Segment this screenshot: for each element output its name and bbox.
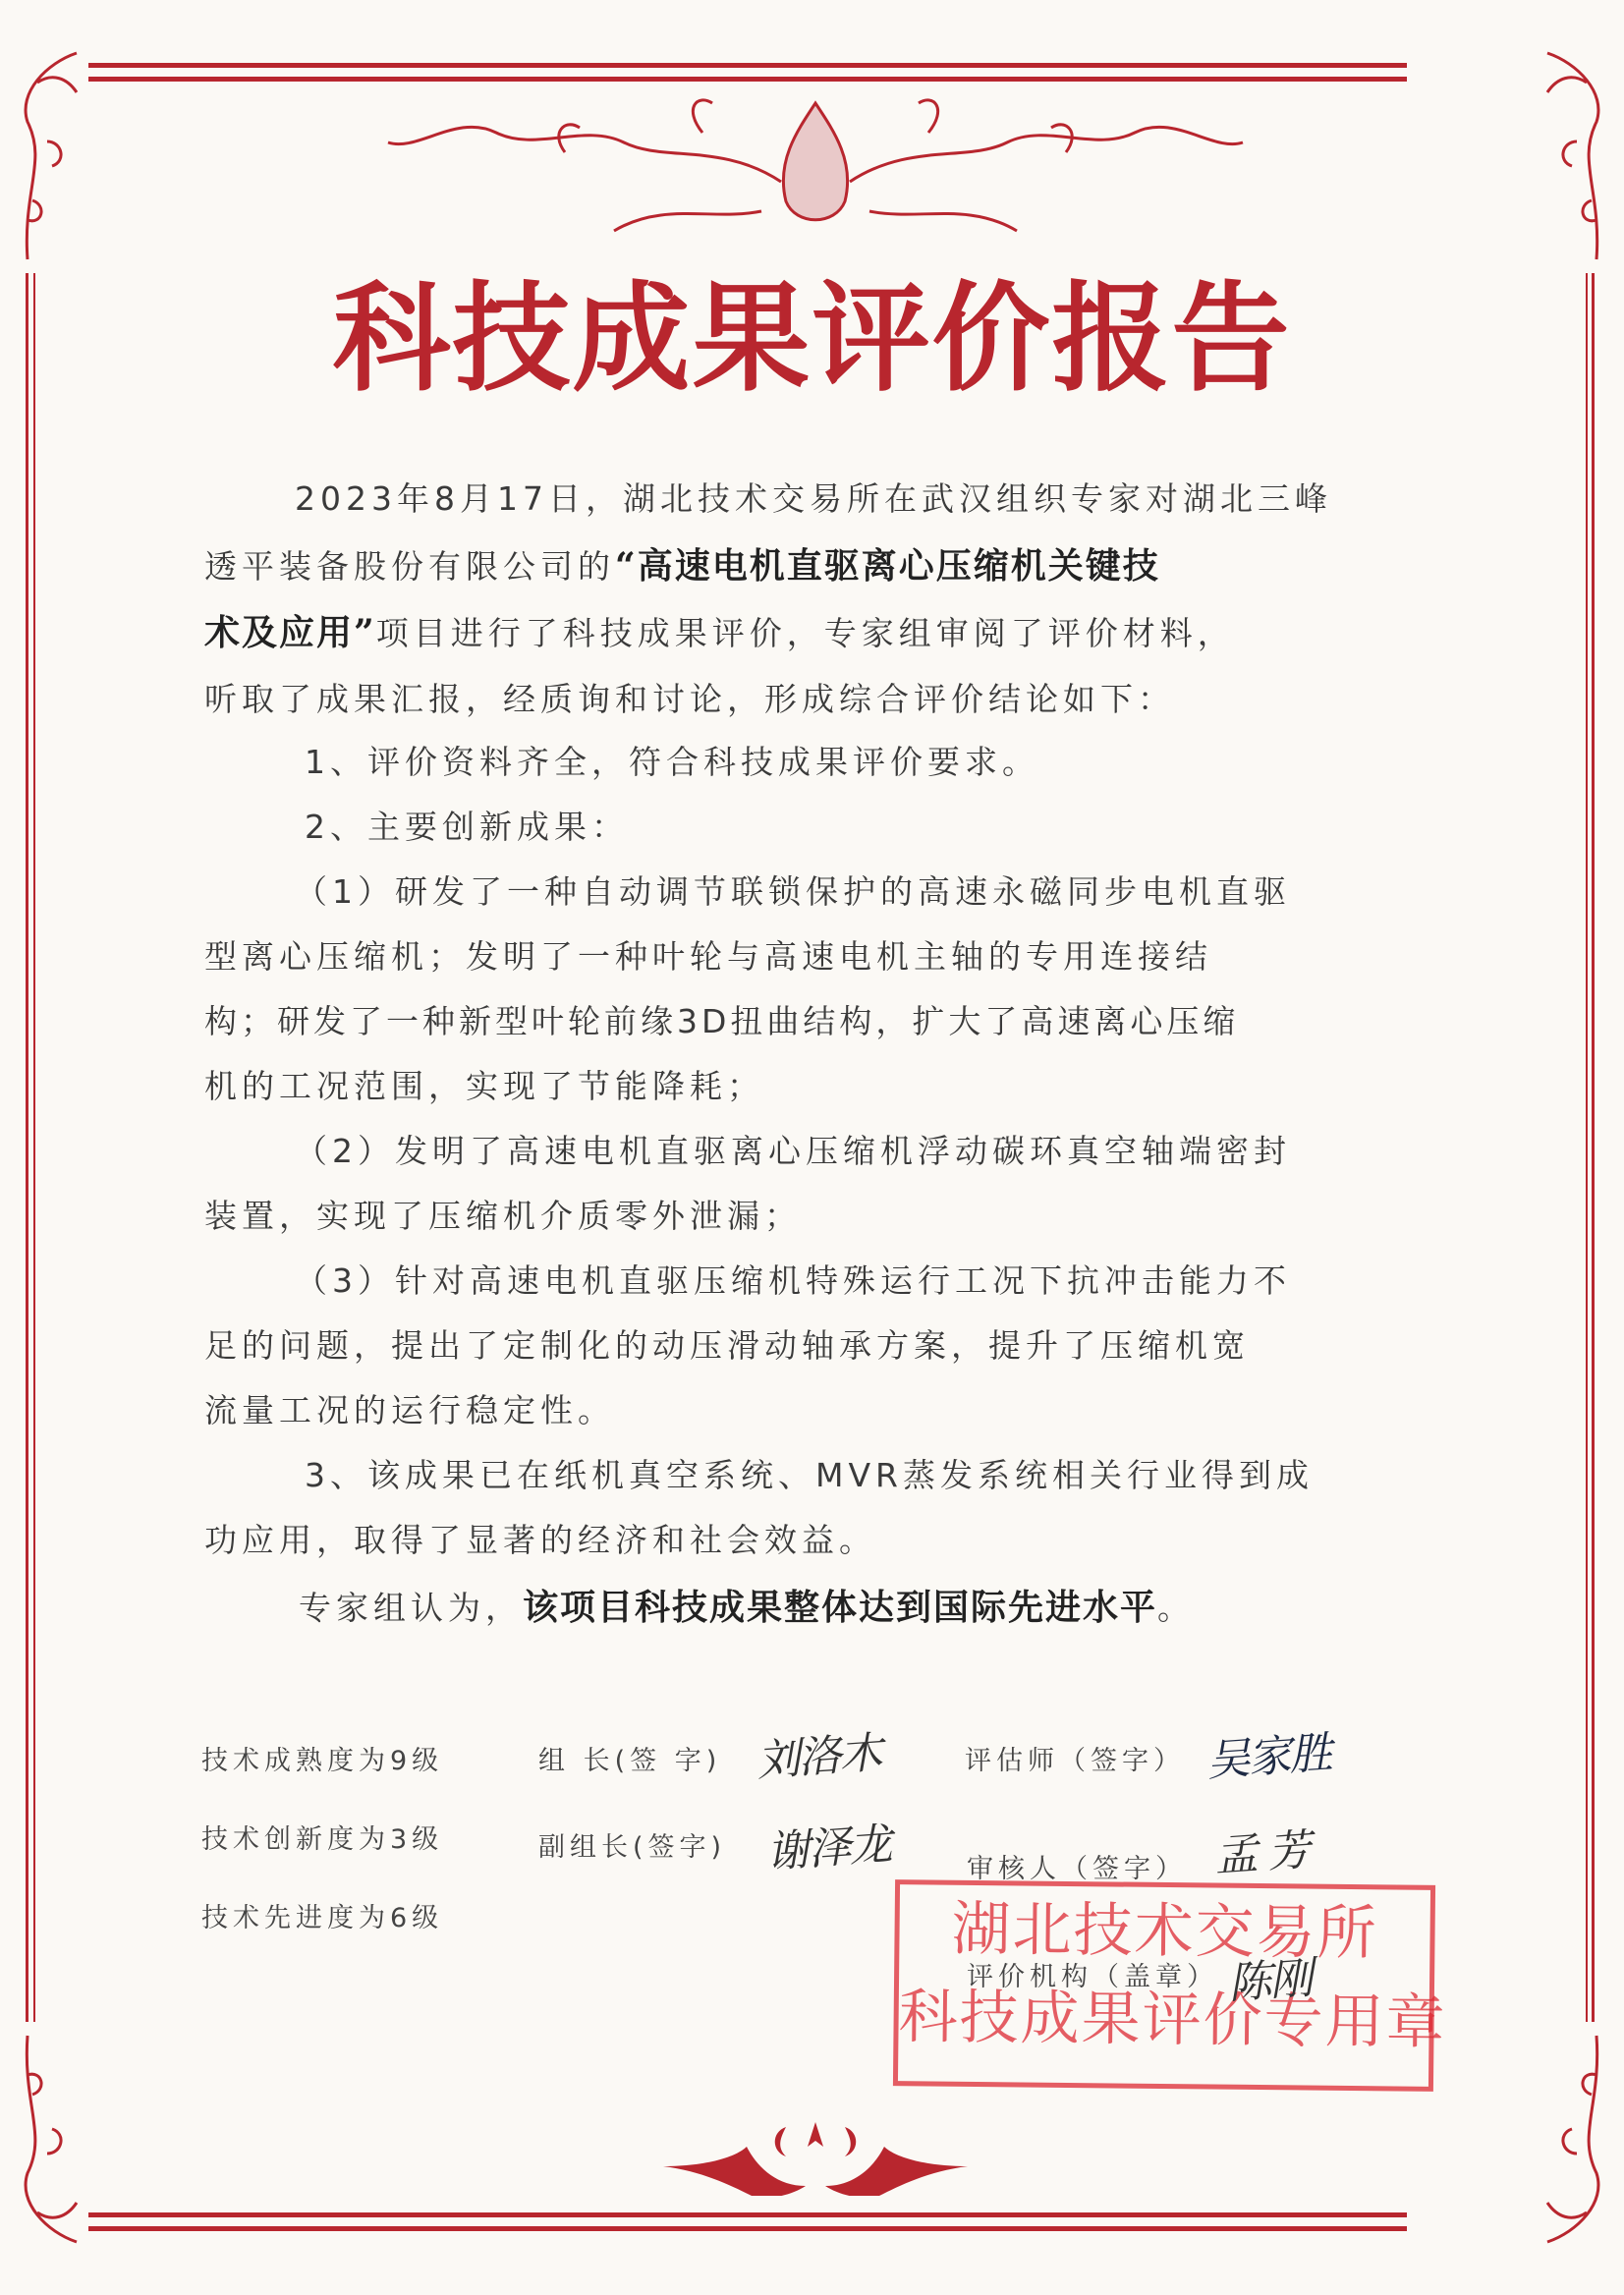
leader-signature-label: 组 长(签 字) bbox=[538, 1739, 721, 1777]
innovation-level: 技术创新度为3级 bbox=[201, 1818, 443, 1856]
left-border-line-1 bbox=[26, 273, 28, 2022]
final-conclusion: 专家组认为，该项目科技成果整体达到国际先进水平。 bbox=[204, 1588, 1512, 1628]
assessor-signature-label: 评估师（签字） bbox=[965, 1739, 1185, 1777]
conclusion-highlight: 该项目科技成果整体达到国际先进水平 bbox=[523, 1587, 1157, 1628]
corner-ornament-icon bbox=[18, 2026, 96, 2252]
corner-ornament-icon bbox=[1528, 43, 1606, 269]
body-line: 型离心压缩机；发明了一种叶轮与高速电机主轴的专用连接结 bbox=[204, 937, 1418, 977]
bottom-border-line-2 bbox=[88, 2226, 1407, 2231]
body-text: 透平装备股份有限公司的 bbox=[204, 547, 615, 586]
org-signature: 陈刚 bbox=[1226, 1942, 1313, 2011]
body-line: 功应用，取得了显著的经济和社会效益。 bbox=[204, 1521, 1418, 1560]
innovation-3: （3）针对高速电机直驱压缩机特殊运行工况下抗冲击能力不 bbox=[204, 1261, 1508, 1301]
body-line: 透平装备股份有限公司的“高速电机直驱离心压缩机关键技 bbox=[204, 546, 1418, 587]
conclusion-item-2: 2、主要创新成果： bbox=[204, 808, 1518, 847]
innovation-2: （2）发明了高速电机直驱离心压缩机浮动碳环真空轴端密封 bbox=[204, 1132, 1508, 1171]
advancement-level: 技术先进度为6级 bbox=[201, 1896, 443, 1934]
body-line: 构；研发了一种新型叶轮前缘3D扭曲结构，扩大了高速离心压缩 bbox=[204, 1002, 1418, 1041]
conclusion-item-3: 3、该成果已在纸机真空系统、MVR蒸发系统相关行业得到成 bbox=[204, 1456, 1518, 1495]
org-seal-label: 评价机构（盖章） bbox=[967, 1955, 1218, 1993]
innovation-1: （1）研发了一种自动调节联锁保护的高速永磁同步电机直驱 bbox=[204, 872, 1508, 912]
project-name: 术及应用” bbox=[204, 612, 376, 653]
top-border-line-2 bbox=[88, 77, 1407, 82]
body-text: 。 bbox=[1157, 1589, 1195, 1627]
body-text: 专家组认为， bbox=[299, 1589, 523, 1627]
bottom-ornament-icon bbox=[658, 2117, 973, 2196]
body-text: 项目进行了科技成果评价，专家组审阅了评价材料， bbox=[376, 614, 1235, 652]
body-line: 术及应用”项目进行了科技成果评价，专家组审阅了评价材料， bbox=[204, 613, 1418, 653]
body-line: 2023年8月17日，湖北技术交易所在武汉组织专家对湖北三峰 bbox=[204, 479, 1418, 519]
corner-ornament-icon bbox=[18, 43, 96, 269]
body-line: 足的问题，提出了定制化的动压滑动轴承方案，提升了压缩机宽 bbox=[204, 1326, 1418, 1366]
body-line: 装置，实现了压缩机介质零外泄漏； bbox=[204, 1197, 1418, 1236]
maturity-level: 技术成熟度为9级 bbox=[201, 1739, 443, 1777]
body-line: 机的工况范围，实现了节能降耗； bbox=[204, 1067, 1418, 1106]
top-border-line-1 bbox=[88, 63, 1407, 68]
right-border-line-1 bbox=[1592, 273, 1595, 2022]
top-lotus-ornament-icon bbox=[368, 93, 1262, 241]
body-line: 流量工况的运行稳定性。 bbox=[204, 1391, 1418, 1430]
bottom-border-line-1 bbox=[88, 2212, 1407, 2217]
project-name: “高速电机直驱离心压缩机关键技 bbox=[615, 545, 1160, 587]
leader-signature: 刘洛木 bbox=[755, 1717, 882, 1789]
right-border-line-2 bbox=[1586, 273, 1588, 2022]
deputy-signature: 谢泽龙 bbox=[764, 1809, 892, 1880]
left-border-line-2 bbox=[33, 273, 35, 2022]
corner-ornament-icon bbox=[1528, 2026, 1606, 2252]
reviewer-signature-label: 审核人（签字） bbox=[967, 1847, 1187, 1885]
assessor-signature: 吴家胜 bbox=[1204, 1717, 1332, 1789]
report-title: 科技成果评价报告 bbox=[0, 270, 1624, 408]
deputy-signature-label: 副组长(签字) bbox=[538, 1825, 726, 1864]
conclusion-item-1: 1、评价资料齐全，符合科技成果评价要求。 bbox=[204, 743, 1518, 782]
reviewer-signature: 孟 芳 bbox=[1212, 1815, 1311, 1884]
body-line: 听取了成果汇报，经质询和讨论，形成综合评价结论如下： bbox=[204, 680, 1418, 719]
